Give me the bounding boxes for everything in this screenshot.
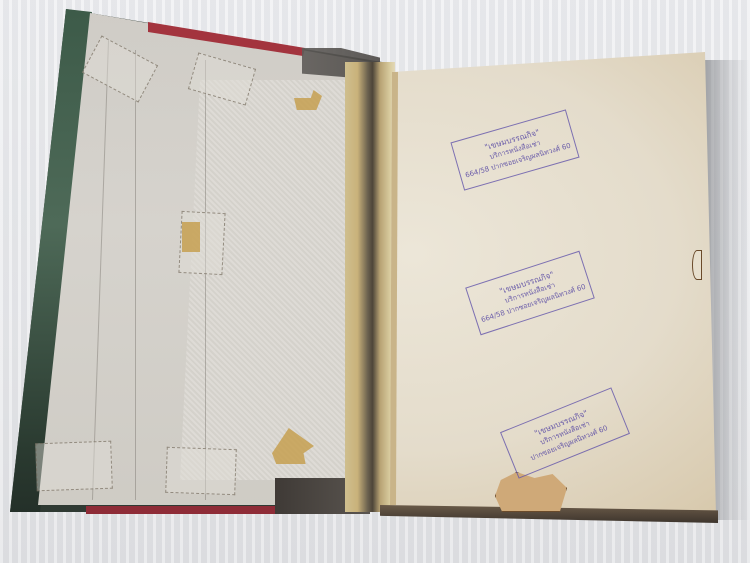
page-tear [495, 472, 567, 512]
tape-patch [35, 441, 113, 492]
tape-patch [165, 447, 237, 495]
tape-stain [182, 222, 200, 252]
tape-seam [205, 60, 206, 500]
spine-gutter [345, 62, 395, 512]
page-notch [692, 250, 702, 280]
red-cover-edge-bottom [86, 506, 276, 514]
tape-seam [135, 50, 136, 500]
